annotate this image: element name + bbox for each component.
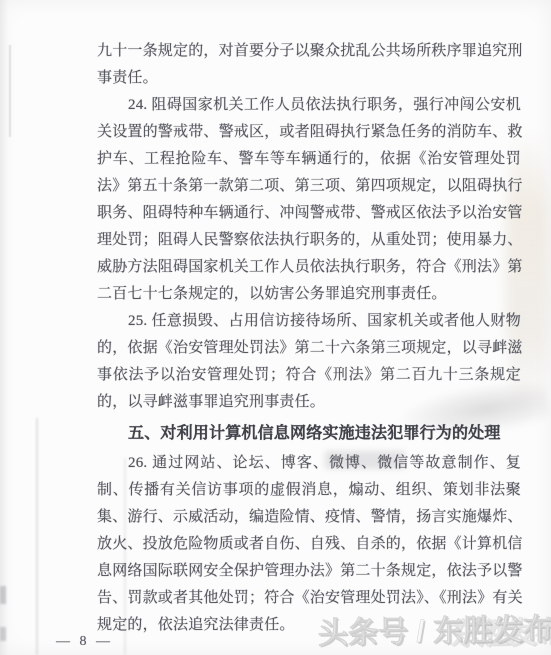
watermark: 东胜发布 头条号 / 东胜发布	[318, 610, 551, 655]
text-line: 二百七十七条规定的，以妨害公务罪追究刑事责任。	[97, 281, 521, 308]
text-line: 事依法予以治安管理处罚；符合《刑法》第二百九十三条规定	[97, 362, 521, 389]
page-number: — 8 —	[56, 633, 113, 651]
text-line: 职务、阻碍特种车辆通行、冲闯警戒带、警戒区依法予以治安管	[97, 200, 521, 227]
scan-edge-shading	[0, 0, 8, 655]
scan-edge-line	[9, 45, 11, 137]
text-line: 法》第五十条第一款第二项、第三项、第四项规定，以阻碍执行	[97, 173, 521, 200]
text-line: 息网络国际联网安全保护管理办法》第二十条规定，依法予以警	[97, 558, 521, 585]
text-line: 关设置的警戒带、警戒区，或者阻碍执行紧急任务的消防车、救	[97, 119, 521, 146]
text-line: 事责任。	[97, 65, 521, 92]
text-line: 24. 阻碍国家机关工作人员依法执行职务，强行冲闯公安机	[97, 92, 521, 119]
text-line: 理处罚；阻碍人民警察依法执行职务的，从重处罚；使用暴力、	[97, 227, 521, 254]
text-line: 的，以寻衅滋事罪追究刑事责任。	[97, 389, 521, 416]
text-line: 集、游行、示威活动，编造险情、疫情、警情，扬言实施爆炸、	[97, 504, 521, 531]
text-line: 护车、工程抢险车、警车等车辆通行的，依据《治安管理处罚	[97, 146, 521, 173]
scan-edge-mark	[0, 627, 6, 641]
scanned-document-page: 九十一条规定的，对首要分子以聚众扰乱公共场所秩序罪追究刑事责任。24. 阻碍国家…	[0, 0, 551, 655]
paper-fold-line	[36, 418, 38, 655]
scan-edge-mark	[0, 586, 6, 604]
text-line: 告、罚款或者其他处罚；符合《治安管理处罚法》、《刑法》有关	[97, 585, 521, 612]
text-line: 威胁方法阻碍国家机关工作人员依法执行职务，符合《刑法》第	[97, 254, 521, 281]
text-line: 25. 任意损毁、占用信访接待场所、国家机关或者他人财物	[97, 308, 521, 335]
text-line: 的，依据《治安管理处罚法》第二十六条第三项规定，以寻衅滋	[97, 335, 521, 362]
text-line: 放火、投放危险物质或者自伤、自残、自杀的，依据《计算机信	[97, 531, 521, 558]
text-line: 九十一条规定的，对首要分子以聚众扰乱公共场所秩序罪追究刑	[97, 38, 521, 65]
text-line: 制、传播有关信访事项的虚假消息，煽动、组织、策划非法聚	[97, 477, 521, 504]
section-heading: 五、对利用计算机信息网络实施违法犯罪行为的处理	[97, 420, 521, 447]
watermark-text: 头条号 / 东胜发布	[318, 610, 551, 654]
document-text: 九十一条规定的，对首要分子以聚众扰乱公共场所秩序罪追究刑事责任。24. 阻碍国家…	[97, 38, 521, 639]
text-line: 26. 通过网站、论坛、博客、微博、微信等故意制作、复	[97, 450, 521, 477]
